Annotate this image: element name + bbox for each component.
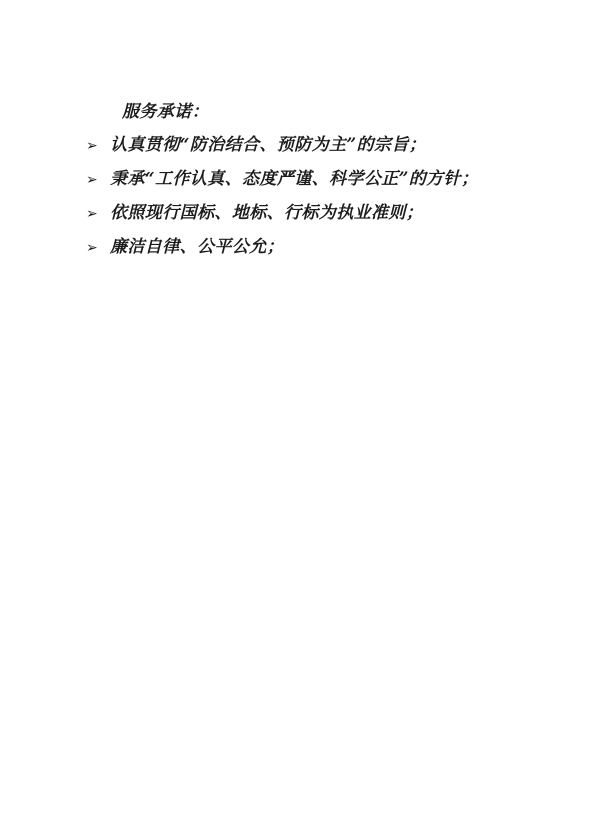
list-item: ➢依照现行国标、地标、行标为执业准则； bbox=[0, 197, 590, 231]
arrowhead-bullet-icon: ➢ bbox=[86, 232, 110, 265]
list-item-text: 认真贯彻“防治结合、预防为主”的宗旨； bbox=[110, 135, 426, 155]
document-content: 服务承诺： ➢认真贯彻“防治结合、预防为主”的宗旨； ➢秉承“工作认真、态度严谨… bbox=[0, 96, 590, 265]
list-item-text: 秉承“工作认真、态度严谨、科学公正”的方针； bbox=[110, 169, 478, 189]
arrowhead-bullet-icon: ➢ bbox=[86, 130, 110, 163]
list-item: ➢认真贯彻“防治结合、预防为主”的宗旨； bbox=[0, 129, 590, 163]
list-item-text: 廉洁自律、公平公允； bbox=[110, 237, 284, 257]
list-item-text: 依照现行国标、地标、行标为执业准则； bbox=[110, 203, 423, 223]
arrowhead-bullet-icon: ➢ bbox=[86, 198, 110, 231]
document-page: 服务承诺： ➢认真贯彻“防治结合、预防为主”的宗旨； ➢秉承“工作认真、态度严谨… bbox=[0, 0, 590, 835]
page-title: 服务承诺： bbox=[0, 96, 590, 129]
list-item: ➢廉洁自律、公平公允； bbox=[0, 231, 590, 265]
list-item: ➢秉承“工作认真、态度严谨、科学公正”的方针； bbox=[0, 163, 590, 197]
arrowhead-bullet-icon: ➢ bbox=[86, 164, 110, 197]
